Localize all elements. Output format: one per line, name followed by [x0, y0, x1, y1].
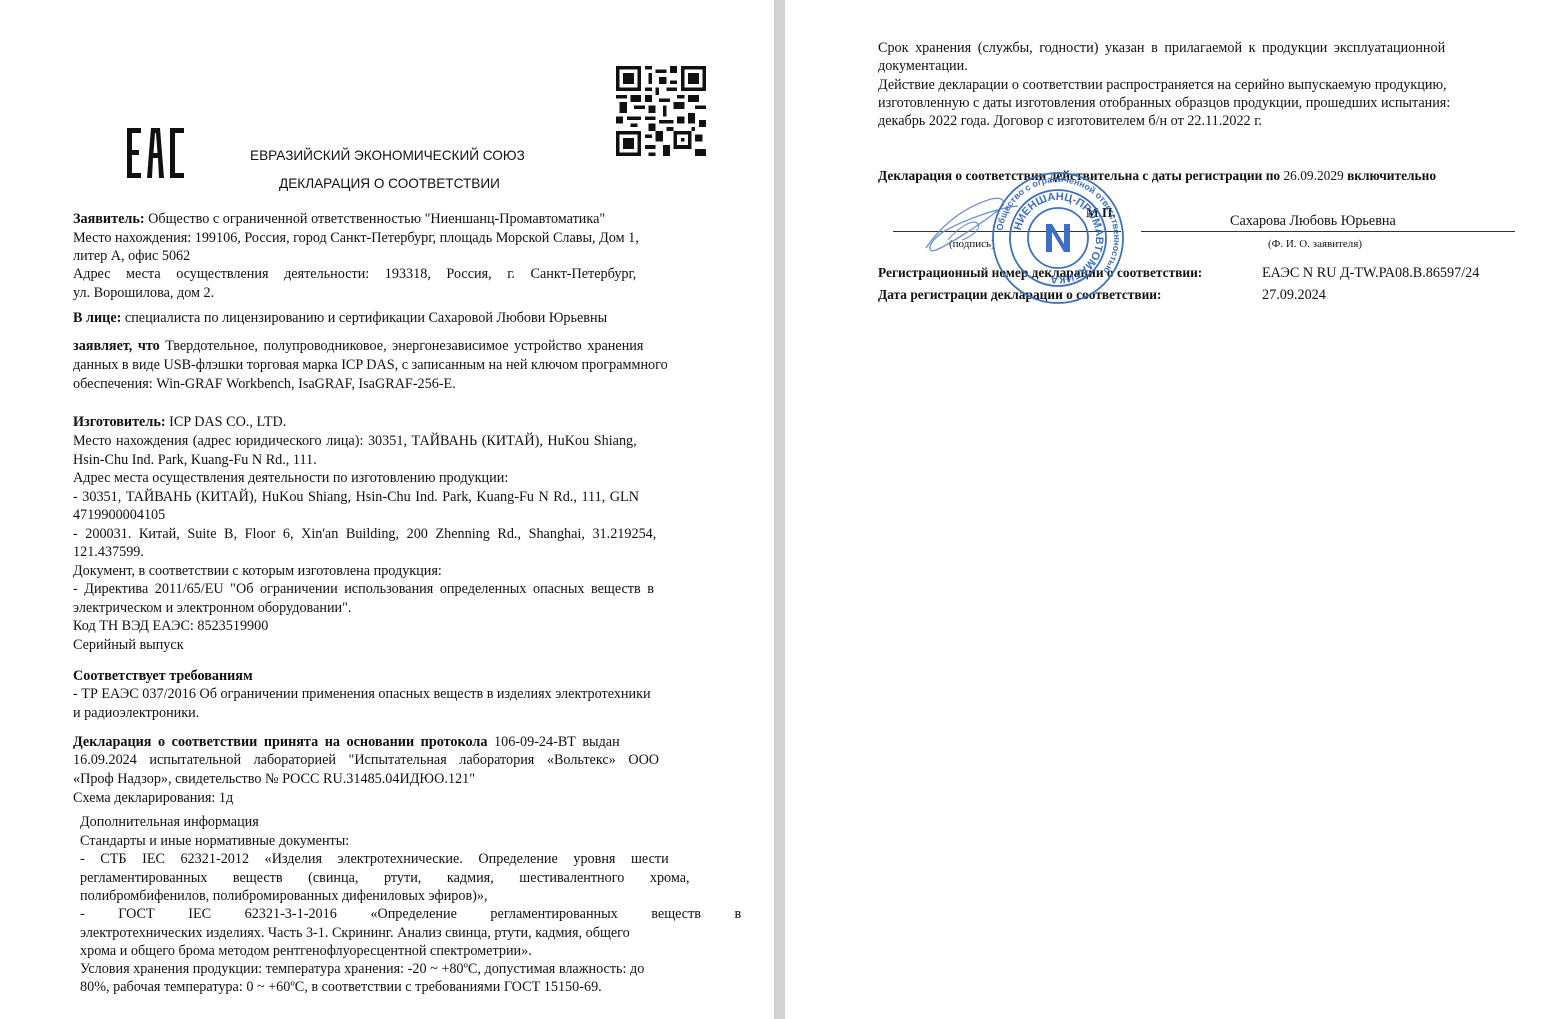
reg-number-label: Регистрационный номер декларации о соотв…	[878, 264, 1202, 282]
document-title: ДЕКЛАРАЦИЯ О СООТВЕТСТВИИ	[279, 176, 500, 191]
manufacturer-detail-line: Место нахождения (адрес юридического лиц…	[73, 432, 637, 450]
manufacturer-label: Изготовитель:	[73, 414, 166, 430]
signer-name: Сахарова Любовь Юрьевна	[1230, 212, 1396, 230]
validity-prefix: Декларация о соответствии действительна …	[878, 168, 1280, 183]
validity-suffix: включительно	[1347, 168, 1436, 183]
manufacturer-detail-line: - 200031. Китай, Suite B, Floor 6, Xin'a…	[73, 525, 656, 543]
page2-text-line: декабрь 2022 года. Договор с изготовител…	[878, 112, 1262, 130]
statement-label: заявляет, что	[73, 338, 160, 354]
manufacturer-detail-line: Hsin-Chu Ind. Park, Kuang-Fu N Rd., 111.	[73, 451, 317, 469]
reg-date: 27.09.2024	[1262, 286, 1326, 304]
page2-text-line: документации.	[878, 57, 968, 75]
additional-info-line: хрома и общего брома методом рентгенофлу…	[80, 942, 532, 960]
manufacturer-name: ICP DAS CO., LTD.	[166, 414, 287, 430]
manufacturer-detail-line: Серийный выпуск	[73, 636, 184, 654]
manufacturer-detail-line: 121.437599.	[73, 543, 144, 561]
statement-line: заявляет, что Твердотельное, полупроводн…	[73, 337, 643, 355]
additional-info-line: электротехнических изделиях. Часть 3-1. …	[80, 924, 630, 942]
basis-line-3: «Проф Надзор», свидетельство № РОСС RU.3…	[73, 770, 475, 788]
additional-info-line: Условия хранения продукции: температура …	[80, 960, 644, 978]
additional-info-line: - ГОСТ IEC 62321-3-1-2016 «Определение р…	[80, 905, 741, 923]
qr-code-icon[interactable]	[615, 66, 707, 156]
signature-line	[893, 231, 1121, 232]
representative-line: В лице: специалиста по лицензированию и …	[73, 309, 607, 327]
basis-line: Декларация о соответствии принята на осн…	[73, 733, 620, 751]
basis-label: Декларация о соответствии принята на осн…	[73, 734, 487, 750]
additional-info-line: полибромбифенилов, полибромированных диф…	[80, 887, 488, 905]
additional-info-line: регламентированных веществ (свинца, ртут…	[80, 869, 690, 887]
applicant-line: Заявитель: Общество с ограниченной ответ…	[73, 210, 605, 228]
requirements-label: Соответствует требованиям	[73, 667, 253, 685]
validity-line: Декларация о соответствии действительна …	[878, 167, 1436, 185]
signature-caption: (подпись)	[949, 235, 995, 253]
basis-line-2: 16.09.2024 испытательной лабораторией "И…	[73, 751, 659, 769]
applicant-name: Общество с ограниченной ответственностью…	[148, 211, 605, 227]
additional-info-title: Дополнительная информация	[80, 813, 259, 831]
reg-date-label: Дата регистрации декларации о соответств…	[878, 286, 1161, 304]
representative-name: специалиста по лицензированию и сертифик…	[125, 310, 607, 326]
applicant-location-2: литер А, офис 5062	[73, 247, 190, 265]
manufacturer-line: Изготовитель: ICP DAS CO., LTD.	[73, 413, 286, 431]
validity-date: 26.09.2029	[1280, 168, 1347, 183]
manufacturer-detail-line: электрическом и электронном оборудовании…	[73, 599, 351, 617]
seal-place-label: М.П.	[1086, 204, 1116, 222]
statement-text-3: обеспечения: Win-GRAF Workbench, IsaGRAF…	[73, 375, 456, 393]
statement-text-1: Твердотельное, полупроводниковое, энерго…	[160, 338, 644, 354]
union-title: ЕВРАЗИЙСКИЙ ЭКОНОМИЧЕСКИЙ СОЮЗ	[250, 148, 525, 163]
additional-info-line: Стандарты и иные нормативные документы:	[80, 832, 349, 850]
requirements-line-2: и радиоэлектроники.	[73, 704, 199, 722]
declaration-scheme: Схема декларирования: 1д	[73, 789, 233, 807]
additional-info-line: - СТБ IEC 62321-2012 «Изделия электротех…	[80, 850, 669, 868]
page2-text-line: Действие декларации о соответствии распр…	[878, 76, 1447, 94]
reg-number: ЕАЭС N RU Д-TW.РА08.В.86597/24	[1262, 264, 1479, 282]
manufacturer-detail-line: Код ТН ВЭД ЕАЭС: 8523519900	[73, 617, 268, 635]
requirements-line-1: - ТР ЕАЭС 037/2016 Об ограничении примен…	[73, 685, 651, 703]
document-page-1: ЕВРАЗИЙСКИЙ ЭКОНОМИЧЕСКИЙ СОЮЗ ДЕКЛАРАЦИ…	[0, 0, 774, 1019]
manufacturer-detail-line: 4719900004105	[73, 506, 165, 524]
eac-logo-icon	[127, 128, 185, 178]
representative-label: В лице:	[73, 310, 121, 326]
applicant-activity-address-2: ул. Ворошилова, дом 2.	[73, 284, 214, 302]
applicant-activity-address: Адрес места осуществления деятельности: …	[73, 265, 724, 283]
manufacturer-detail-line: - 30351, ТАЙВАНЬ (КИТАЙ), HuKou Shiang, …	[73, 488, 639, 506]
document-page-2	[785, 0, 1559, 1019]
page2-text-line: изготовленную с даты изготовления отобра…	[878, 94, 1450, 112]
additional-info-line: 80%, рабочая температура: 0 ~ +60ºС, в с…	[80, 978, 602, 996]
manufacturer-detail-line: Адрес места осуществления деятельности п…	[73, 469, 508, 487]
applicant-label: Заявитель:	[73, 211, 145, 227]
signer-caption: (Ф. И. О. заявителя)	[1268, 235, 1362, 253]
page2-text-line: Срок хранения (службы, годности) указан …	[878, 39, 1445, 57]
manufacturer-detail-line: Документ, в соответствии с которым изгот…	[73, 562, 442, 580]
page-separator	[774, 0, 785, 1019]
manufacturer-detail-line: - Директива 2011/65/EU "Об ограничении и…	[73, 580, 654, 598]
basis-protocol: 106-09-24-ВТ выдан	[487, 734, 619, 750]
signer-name-line	[1141, 231, 1515, 232]
applicant-location: Место нахождения: 199106, Россия, город …	[73, 229, 639, 247]
statement-text-2: данных в виде USB-флэшки торговая марка …	[73, 356, 668, 374]
